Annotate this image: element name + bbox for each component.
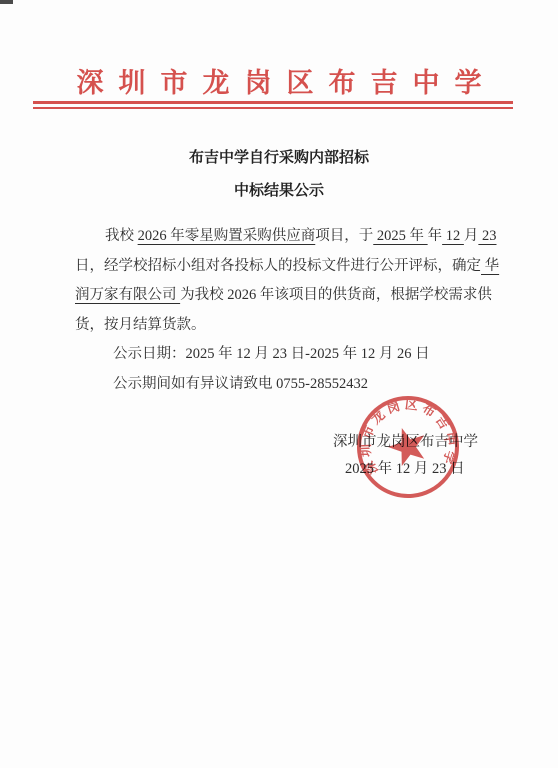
letterhead-divider-thin xyxy=(33,107,513,109)
letterhead-divider-thick xyxy=(33,101,513,104)
body-text-segment: 日，经学校招标小组对各投标人的投标文件进行公开评标，确定 xyxy=(75,258,481,274)
body-line-4: 货，按月结算货款。 xyxy=(75,311,497,341)
body-text-segment: 年 xyxy=(428,228,443,244)
underlined-month: 12 xyxy=(442,228,464,244)
body-line-2: 日，经学校招标小组对各投标人的投标文件进行公开评标，确定 华 xyxy=(75,252,497,282)
official-seal: 深圳市龙岗区布吉中学 xyxy=(353,392,463,502)
body-text-segment: 我校 xyxy=(105,228,138,244)
school-letterhead-title: 深圳市龙岗区布吉中学 xyxy=(0,61,558,100)
body-line-3: 润万家有限公司 为我校 2026 年该项目的供货商，根据学校需求供 xyxy=(75,281,497,311)
scan-artifact xyxy=(0,0,13,4)
underlined-project-name: 2026 年零星购置采购供应商 xyxy=(138,228,316,244)
body-text: 我校 2026 年零星购置采购供应商项目，于 2025 年 年 12 月 23 … xyxy=(75,222,497,399)
star-icon xyxy=(384,422,431,468)
underlined-winner-end: 润万家有限公司 xyxy=(75,287,180,303)
underlined-day: 23 xyxy=(478,228,496,244)
body-text-segment: 项目，于 xyxy=(315,228,373,244)
body-text-segment: 月 xyxy=(464,228,479,244)
document-page: 深圳市龙岗区布吉中学 布吉中学自行采购内部招标 中标结果公示 我校 2026 年… xyxy=(0,0,558,768)
doc-title-line-2: 中标结果公示 xyxy=(0,175,558,208)
body-text-segment: 为我校 2026 年该项目的供货商，根据学校需求供 xyxy=(180,287,492,303)
underlined-year: 2025 年 xyxy=(373,228,427,244)
underlined-winner-start: 华 xyxy=(481,258,499,274)
body-line-1: 我校 2026 年零星购置采购供应商项目，于 2025 年 年 12 月 23 xyxy=(75,222,497,252)
publicity-date-line: 公示日期：2025 年 12 月 23 日-2025 年 12 月 26 日 xyxy=(75,340,497,370)
document-title: 布吉中学自行采购内部招标 中标结果公示 xyxy=(0,142,558,208)
doc-title-line-1: 布吉中学自行采购内部招标 xyxy=(0,142,558,175)
